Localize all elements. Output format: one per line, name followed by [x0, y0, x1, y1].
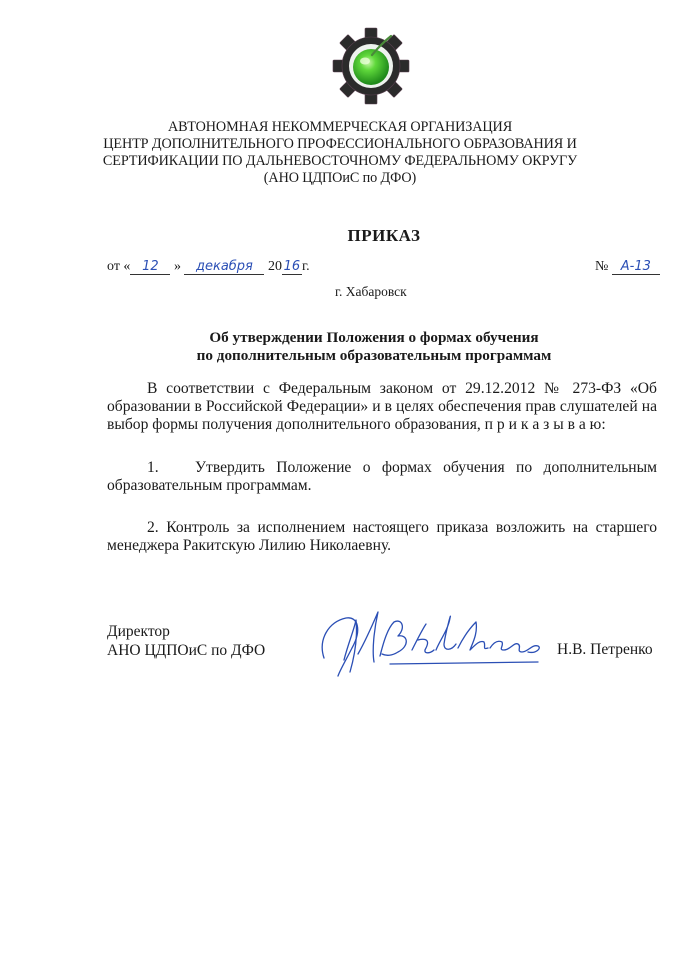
signer-organization: АНО ЦДПОиС по ДФО — [107, 641, 265, 660]
date-year-prefix: 20 — [268, 259, 282, 274]
org-line: СЕРТИФИКАЦИИ ПО ДАЛЬНЕВОСТОЧНОМУ ФЕДЕРАЛ… — [100, 153, 580, 170]
organization-header: АВТОНОМНАЯ НЕКОММЕРЧЕСКАЯ ОРГАНИЗАЦИЯ ЦЕ… — [100, 119, 580, 187]
order-number: № А-13 — [595, 259, 660, 275]
handwritten-signature-icon — [318, 600, 550, 680]
date-mid: » — [174, 259, 181, 274]
number-label: № — [595, 259, 608, 274]
signer-position: Директор АНО ЦДПОиС по ДФО — [107, 622, 265, 660]
date-year-handwritten: 16 — [282, 260, 302, 275]
org-line: (АНО ЦДПОиС по ДФО) — [100, 170, 580, 187]
document-date: от «12 » декабря 2016г. — [107, 259, 310, 275]
signer-position-title: Директор — [107, 622, 265, 641]
org-line: ЦЕНТР ДОПОЛНИТЕЛЬНОГО ПРОФЕССИОНАЛЬНОГО … — [100, 136, 580, 153]
item-number: 2. — [147, 519, 159, 536]
date-month-handwritten: декабря — [184, 260, 264, 275]
intro-text: В соответствии с Федеральным законом от … — [107, 380, 657, 433]
date-suffix: г. — [302, 259, 310, 274]
order-item-1: 1.Утвердить Положение о формах обучения … — [107, 459, 657, 495]
item-number: 1. — [147, 459, 195, 477]
subject-line: по дополнительным образовательным програ… — [100, 347, 648, 365]
subject-line: Об утверждении Положения о формах обучен… — [100, 329, 648, 347]
org-line: АВТОНОМНАЯ НЕКОММЕРЧЕСКАЯ ОРГАНИЗАЦИЯ — [100, 119, 580, 136]
order-item-2: 2. Контроль за исполнением настоящего пр… — [107, 519, 657, 555]
date-prefix: от « — [107, 259, 130, 274]
signer-name: Н.В. Петренко — [557, 641, 653, 659]
city: г. Хабаровск — [335, 284, 407, 300]
item-text: Контроль за исполнением настоящего прика… — [107, 519, 657, 554]
document-title: ПРИКАЗ — [0, 226, 678, 246]
number-value-handwritten: А-13 — [612, 260, 660, 275]
date-day-handwritten: 12 — [130, 260, 170, 275]
document-subject: Об утверждении Положения о формах обучен… — [100, 329, 648, 365]
intro-paragraph: В соответствии с Федеральным законом от … — [107, 380, 657, 435]
organization-logo-icon — [331, 22, 411, 110]
